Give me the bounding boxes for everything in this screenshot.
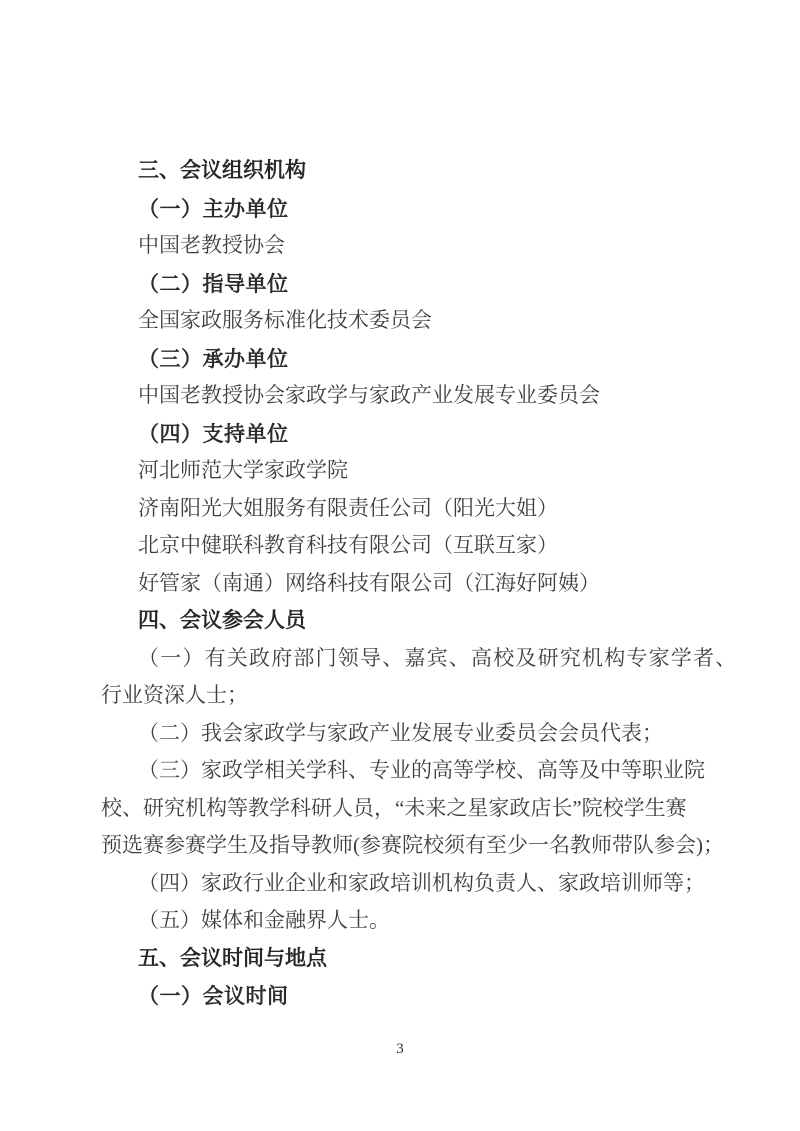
text-participants-4: （四）家政行业企业和家政培训机构负责人、家政培训师等； [101, 865, 707, 903]
heading-org-structure: 三、会议组织机构 [101, 152, 707, 190]
subheading-organizer-unit: （三）承办单位 [101, 340, 707, 378]
text-support-unit-4: 好管家（南通）网络科技有限公司（江海好阿姨） [101, 565, 707, 603]
text-participants-1-line1: （一）有关政府部门领导、嘉宾、高校及研究机构专家学者、 [101, 640, 707, 678]
text-participants-3-line2: 校、研究机构等教学科研人员，“未来之星家政店长”院校学生赛 [101, 790, 707, 828]
subheading-support-unit: （四）支持单位 [101, 415, 707, 453]
text-participants-2: （二）我会家政学与家政产业发展专业委员会会员代表； [101, 715, 707, 753]
page-number: 3 [0, 1041, 800, 1058]
text-support-unit-3: 北京中健联科教育科技有限公司（互联互家） [101, 527, 707, 565]
text-participants-5: （五）媒体和金融界人士。 [101, 902, 707, 940]
text-participants-3-line1: （三）家政学相关学科、专业的高等学校、高等及中等职业院 [101, 752, 707, 790]
subheading-guide-unit: （二）指导单位 [101, 265, 707, 303]
text-participants-1-line2: 行业资深人士； [101, 677, 707, 715]
text-organizer-unit-name: 中国老教授协会家政学与家政产业发展专业委员会 [101, 377, 707, 415]
document-page: 三、会议组织机构 （一）主办单位 中国老教授协会 （二）指导单位 全国家政服务标… [0, 0, 800, 1131]
text-support-unit-1: 河北师范大学家政学院 [101, 452, 707, 490]
text-host-unit-name: 中国老教授协会 [101, 227, 707, 265]
subheading-host-unit: （一）主办单位 [101, 190, 707, 228]
heading-time-location: 五、会议时间与地点 [101, 940, 707, 978]
subheading-meeting-time: （一）会议时间 [101, 977, 707, 1015]
text-guide-unit-name: 全国家政服务标准化技术委员会 [101, 302, 707, 340]
heading-participants: 四、会议参会人员 [101, 602, 707, 640]
text-support-unit-2: 济南阳光大姐服务有限责任公司（阳光大姐） [101, 490, 707, 528]
document-body: 三、会议组织机构 （一）主办单位 中国老教授协会 （二）指导单位 全国家政服务标… [101, 152, 707, 1015]
text-participants-3-line3: 预选赛参赛学生及指导教师(参赛院校须有至少一名教师带队参会)； [101, 827, 707, 865]
